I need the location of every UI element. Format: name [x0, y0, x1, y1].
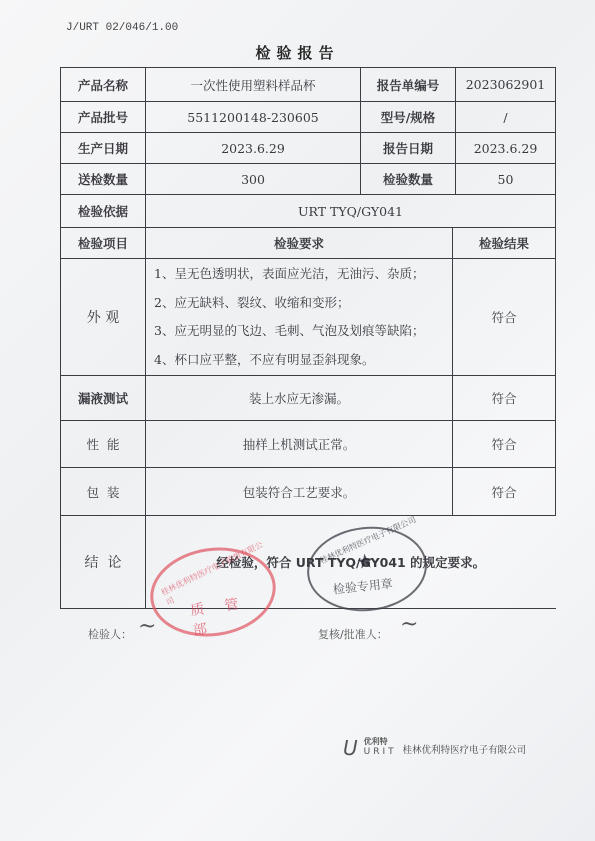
report-date-label: 报告日期 [361, 133, 456, 164]
stamp-center-text: 检验专用章 [332, 574, 393, 597]
table-row: 包 装 包装符合工艺要求。 符合 [61, 468, 556, 516]
model-value: / [456, 102, 556, 133]
inspect-qty-value: 50 [456, 164, 556, 195]
items-header-result: 检验结果 [453, 228, 556, 259]
item-requirement: 抽样上机测试正常。 [146, 421, 453, 468]
report-no-label: 报告单编号 [361, 68, 456, 102]
table-row: 漏液测试 装上水应无渗漏。 符合 [61, 376, 556, 421]
item-name: 性 能 [61, 421, 146, 468]
inspector-signature: ~ [138, 614, 156, 639]
company-name: 桂林优利特医疗电子有限公司 [403, 742, 527, 756]
item-result: 符合 [453, 259, 556, 376]
table-row: 外 观 1、呈无色透明状，表面应光洁，无油污、杂质； 2、应无缺料、裂纹、收缩和… [61, 259, 556, 376]
logo-cn: 优利特 [364, 736, 397, 747]
requirement-line: 3、应无明显的飞边、毛刺、气泡及划痕等缺陷； [154, 317, 452, 346]
item-result: 符合 [453, 421, 556, 468]
report-no-value: 2023062901 [456, 68, 556, 102]
item-requirement: 包装符合工艺要求。 [146, 468, 453, 516]
approver-label: 复核/批准人： [318, 626, 388, 642]
product-name-label: 产品名称 [61, 68, 146, 102]
prod-date-value: 2023.6.29 [146, 133, 361, 164]
inspection-report-table: 产品名称 一次性使用塑料样品杯 报告单编号 2023062901 产品批号 55… [60, 67, 556, 609]
star-icon: ★ [355, 548, 375, 574]
report-date-value: 2023.6.29 [456, 133, 556, 164]
product-name-value: 一次性使用塑料样品杯 [146, 68, 361, 102]
prod-date-label: 生产日期 [61, 133, 146, 164]
logo-text: 优利特 URIT [364, 736, 397, 757]
inspector-label: 检验人： [88, 626, 132, 642]
item-requirement: 装上水应无渗漏。 [146, 376, 453, 421]
logo-en: URIT [364, 747, 397, 757]
requirement-line: 1、呈无色透明状，表面应光洁，无油污、杂质； [154, 260, 452, 289]
company-footer: U 优利特 URIT 桂林优利特医疗电子有限公司 [343, 736, 526, 757]
table-row: 性 能 抽样上机测试正常。 符合 [61, 421, 556, 468]
item-result: 符合 [453, 468, 556, 516]
items-header-requirement: 检验要求 [146, 228, 453, 259]
items-header-item: 检验项目 [61, 228, 146, 259]
model-label: 型号/规格 [361, 102, 456, 133]
conclusion-label: 结 论 [61, 516, 146, 609]
sent-qty-label: 送检数量 [61, 164, 146, 195]
item-name: 包 装 [61, 468, 146, 516]
basis-value: URT TYQ/GY041 [146, 195, 556, 228]
requirement-line: 2、应无缺料、裂纹、收缩和变形； [154, 289, 452, 318]
item-name: 漏液测试 [61, 376, 146, 421]
item-requirements: 1、呈无色透明状，表面应光洁，无油污、杂质； 2、应无缺料、裂纹、收缩和变形； … [146, 259, 453, 376]
batch-value: 5511200148-230605 [146, 102, 361, 133]
item-result: 符合 [453, 376, 556, 421]
urit-logo-icon: U [343, 739, 358, 757]
item-name: 外 观 [61, 259, 146, 376]
document-page: J/URT 02/046/1.00 检验报告 产品名称 一次性使用塑料样品杯 报… [0, 0, 595, 841]
requirement-line: 4、杯口应平整，不应有明显歪斜现象。 [154, 346, 452, 375]
document-id: J/URT 02/046/1.00 [66, 22, 178, 34]
inspect-qty-label: 检验数量 [361, 164, 456, 195]
page-title: 检验报告 [0, 42, 595, 63]
batch-label: 产品批号 [61, 102, 146, 133]
stamp-center-text: 质 管 部 [189, 589, 279, 640]
approver-signature: ~ [400, 612, 418, 637]
basis-label: 检验依据 [61, 195, 146, 228]
sent-qty-value: 300 [146, 164, 361, 195]
